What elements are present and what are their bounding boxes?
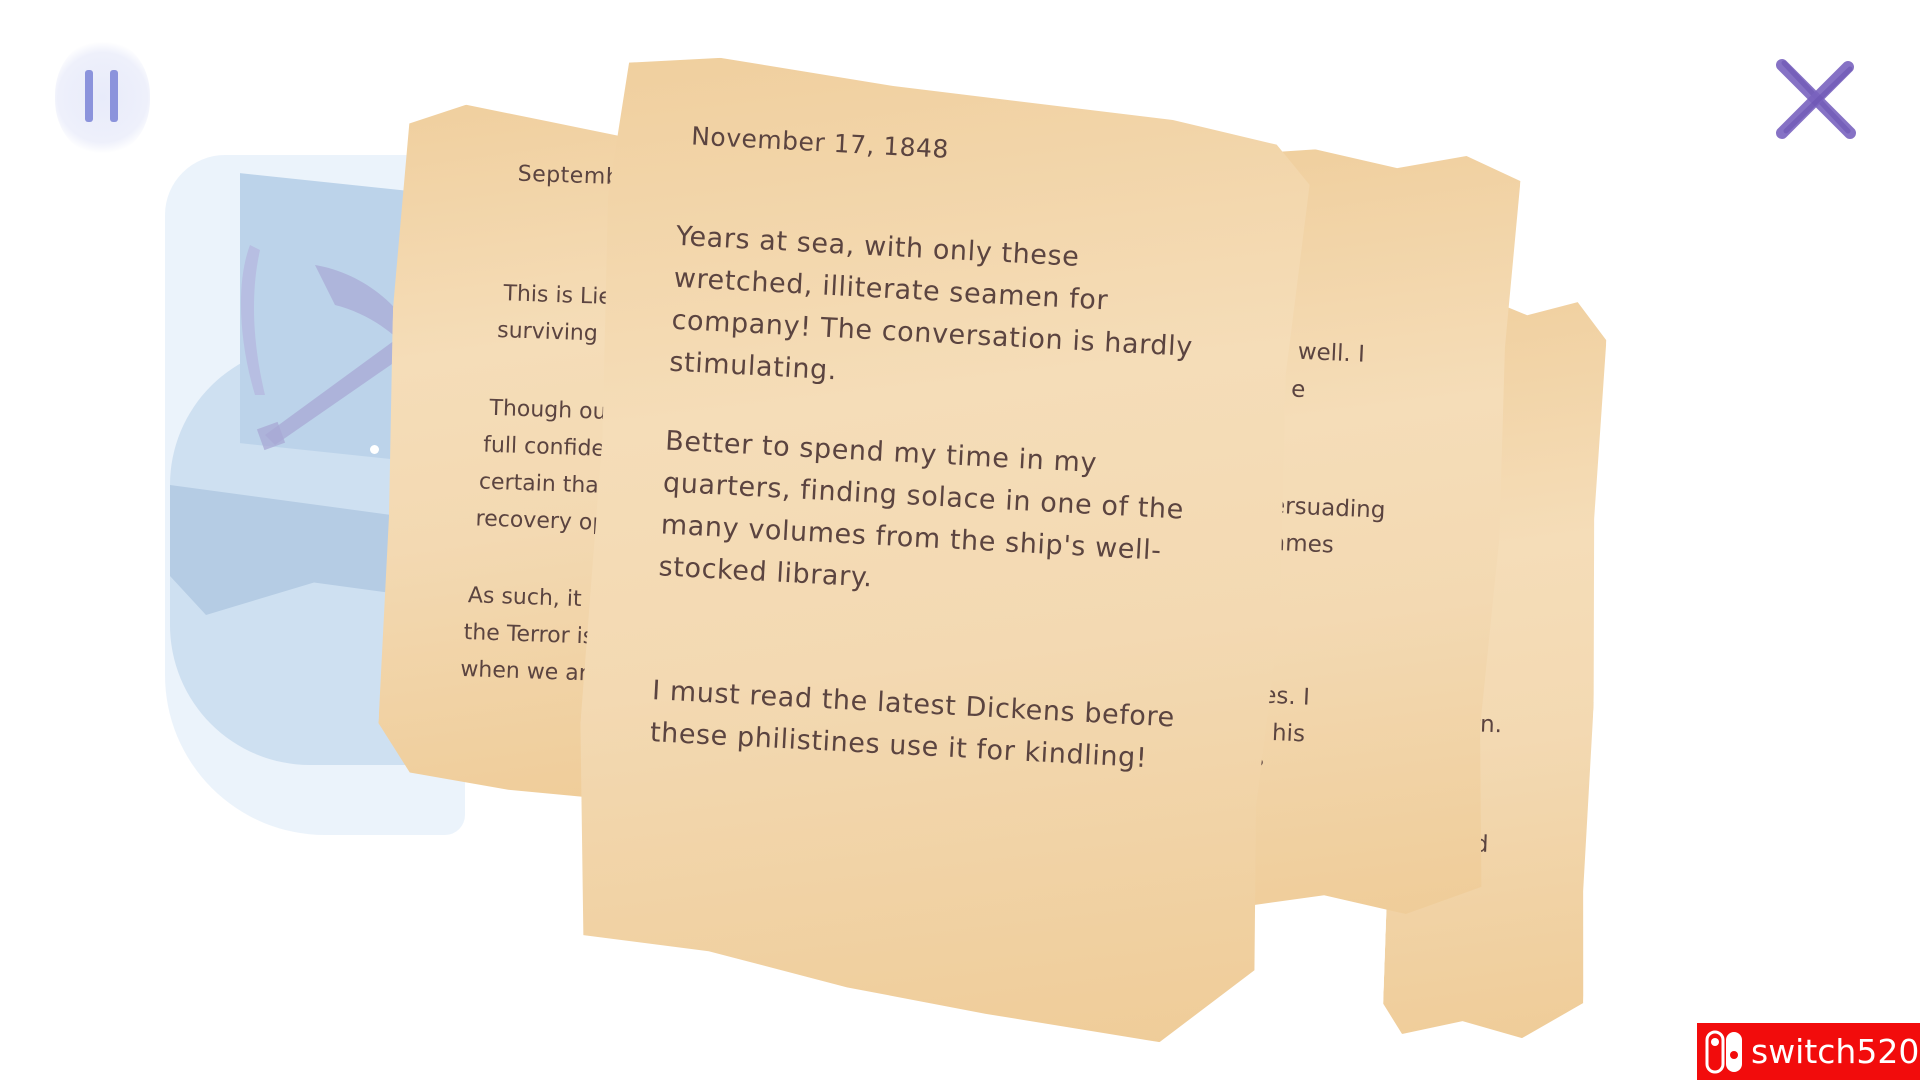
letter-main[interactable]: November 17, 1848 Years at sea, with onl… — [565, 52, 1314, 1047]
watermark: switch520 — [1697, 1023, 1920, 1080]
close-x-icon — [1770, 55, 1860, 145]
white-dot — [370, 445, 379, 454]
pause-button[interactable] — [55, 40, 150, 155]
letter-date: November 17, 1848 — [691, 121, 950, 163]
letter-fragment: e — [1291, 377, 1306, 404]
letter-fragment: As such, it is — [468, 583, 607, 613]
switch-logo-icon — [1705, 1030, 1745, 1074]
letter-fragment: ersuading — [1270, 493, 1385, 524]
letter-paragraph: I must read the latest Dickens before th… — [649, 670, 1253, 785]
letter-fragment: well. I — [1297, 339, 1365, 368]
letter-fragment: when we are — [460, 657, 601, 687]
letter-paragraph: Years at sea, with only these wretched, … — [668, 216, 1276, 415]
letter-paragraph: Better to spend my time in my quarters, … — [658, 421, 1266, 620]
close-button[interactable] — [1770, 55, 1860, 145]
watermark-text: switch520 — [1751, 1032, 1919, 1071]
letter-fragment: the Terror is — [463, 620, 594, 650]
